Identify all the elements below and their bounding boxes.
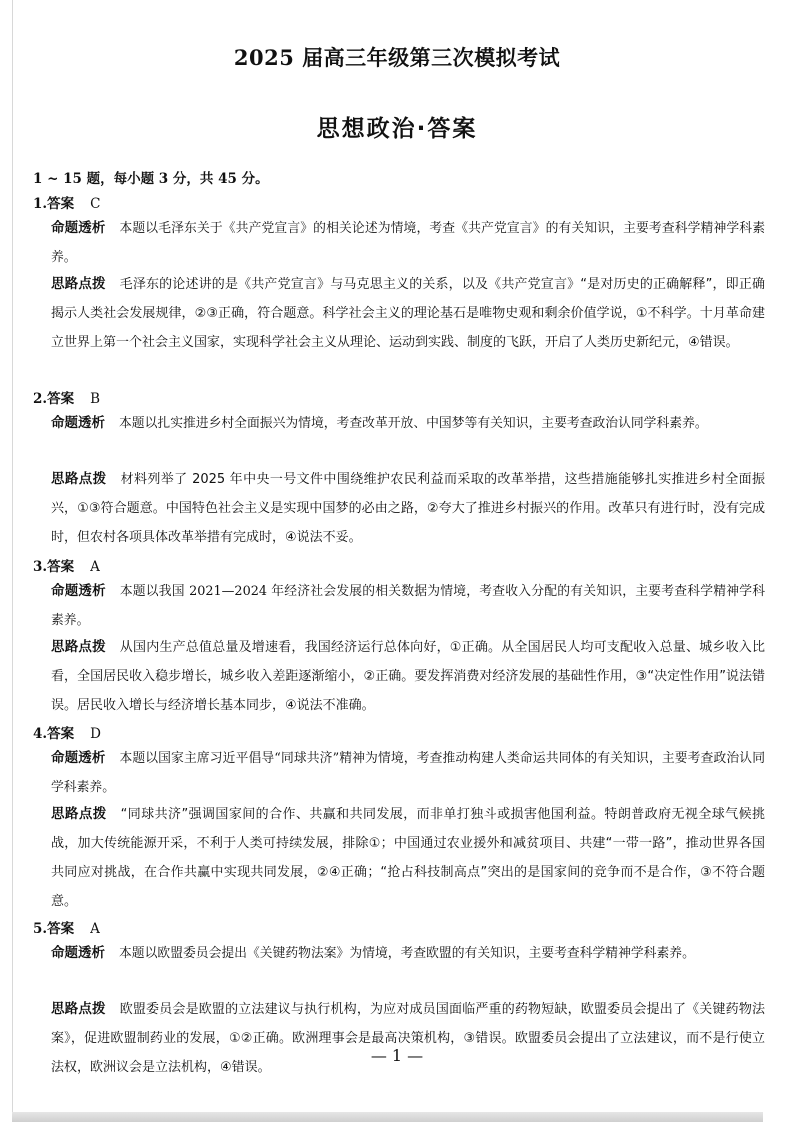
question-4-answer: 4.答案D xyxy=(33,722,101,742)
answer-value: B xyxy=(90,391,100,407)
question-1-analysis: 命题透析本题以毛泽东关于《共产党宣言》的相关论述为情境，考查《共产党宣言》的有关… xyxy=(51,214,765,272)
answer-value: A xyxy=(90,559,100,575)
question-number: 3. xyxy=(33,559,47,575)
question-1-answer: 1.答案C xyxy=(33,192,100,212)
question-number: 4. xyxy=(33,726,47,742)
answer-label: 答案 xyxy=(47,196,74,212)
page-left-border xyxy=(12,0,13,1112)
question-5-hint: 思路点拨欧盟委员会是欧盟的立法建议与执行机构，为应对成员国面临严重的药物短缺，欧… xyxy=(51,995,765,1082)
hint-text: 材料列举了 2025 年中央一号文件中围绕维护农民利益而采取的改革举措，这些措施… xyxy=(51,472,765,545)
exam-title: 2025 届高三年级第三次模拟考试 xyxy=(0,42,794,72)
answer-value: A xyxy=(90,921,100,937)
hint-text: “同球共济”强调国家间的合作、共赢和共同发展，而非单打独斗或损害他国利益。特朗普… xyxy=(51,807,765,909)
question-1-hint: 思路点拨毛泽东的论述讲的是《共产党宣言》与马克思主义的关系，以及《共产党宣言》“… xyxy=(51,270,765,357)
question-number: 1. xyxy=(33,196,47,212)
page-bottom-edge xyxy=(12,1112,763,1122)
question-2-analysis: 命题透析本题以扎实推进乡村全面振兴为情境，考查改革开放、中国梦等有关知识，主要考… xyxy=(51,409,765,438)
hint-label: 思路点拨 xyxy=(51,471,107,487)
analysis-text: 本题以扎实推进乡村全面振兴为情境，考查改革开放、中国梦等有关知识，主要考查政治认… xyxy=(119,416,708,431)
answer-label: 答案 xyxy=(47,726,74,742)
answer-label: 答案 xyxy=(47,559,74,575)
analysis-label: 命题透析 xyxy=(51,945,105,961)
question-5-analysis: 命题透析本题以欧盟委员会提出《关键药物法案》为情境，考查欧盟的有关知识，主要考查… xyxy=(51,939,765,968)
analysis-label: 命题透析 xyxy=(51,750,105,766)
analysis-label: 命题透析 xyxy=(51,220,105,236)
hint-label: 思路点拨 xyxy=(51,806,107,822)
question-4-hint: 思路点拨“同球共济”强调国家间的合作、共赢和共同发展，而非单打独斗或损害他国利益… xyxy=(51,800,765,916)
answer-value: C xyxy=(90,196,100,212)
question-number: 5. xyxy=(33,921,47,937)
question-3-answer: 3.答案A xyxy=(33,555,100,575)
question-3-analysis: 命题透析本题以我国 2021—2024 年经济社会发展的相关数据为情境，考查收入… xyxy=(51,577,765,635)
hint-label: 思路点拨 xyxy=(51,639,106,655)
question-2-hint: 思路点拨材料列举了 2025 年中央一号文件中围绕维护农民利益而采取的改革举措，… xyxy=(51,465,765,552)
analysis-text: 本题以国家主席习近平倡导“同球共济”精神为情境，考查推动构建人类命运共同体的有关… xyxy=(51,751,765,795)
answer-label: 答案 xyxy=(47,921,74,937)
analysis-label: 命题透析 xyxy=(51,415,105,431)
question-number: 2. xyxy=(33,391,47,407)
hint-label: 思路点拨 xyxy=(51,276,106,292)
answer-value: D xyxy=(90,726,101,742)
question-4-analysis: 命题透析本题以国家主席习近平倡导“同球共济”精神为情境，考查推动构建人类命运共同… xyxy=(51,744,765,802)
question-5-answer: 5.答案A xyxy=(33,917,100,937)
question-2-answer: 2.答案B xyxy=(33,387,100,407)
analysis-text: 本题以我国 2021—2024 年经济社会发展的相关数据为情境，考查收入分配的有… xyxy=(51,584,765,628)
section-instructions: 1 ~ 15 题，每小题 3 分，共 45 分。 xyxy=(33,167,269,187)
hint-label: 思路点拨 xyxy=(51,1001,106,1017)
question-3-hint: 思路点拨从国内生产总值总量及增速看，我国经济运行总体向好，①正确。从全国居民人均… xyxy=(51,633,765,720)
hint-text: 从国内生产总值总量及增速看，我国经济运行总体向好，①正确。从全国居民人均可支配收… xyxy=(51,640,765,713)
subject-answer-title: 思想政治·答案 xyxy=(0,110,794,143)
analysis-text: 本题以欧盟委员会提出《关键药物法案》为情境，考查欧盟的有关知识，主要考查科学精神… xyxy=(119,946,695,961)
analysis-text: 本题以毛泽东关于《共产党宣言》的相关论述为情境，考查《共产党宣言》的有关知识，主… xyxy=(51,221,765,265)
answer-label: 答案 xyxy=(47,391,74,407)
page-number: — 1 — xyxy=(0,1046,794,1065)
analysis-label: 命题透析 xyxy=(51,583,106,599)
hint-text: 毛泽东的论述讲的是《共产党宣言》与马克思主义的关系，以及《共产党宣言》“是对历史… xyxy=(51,277,765,350)
